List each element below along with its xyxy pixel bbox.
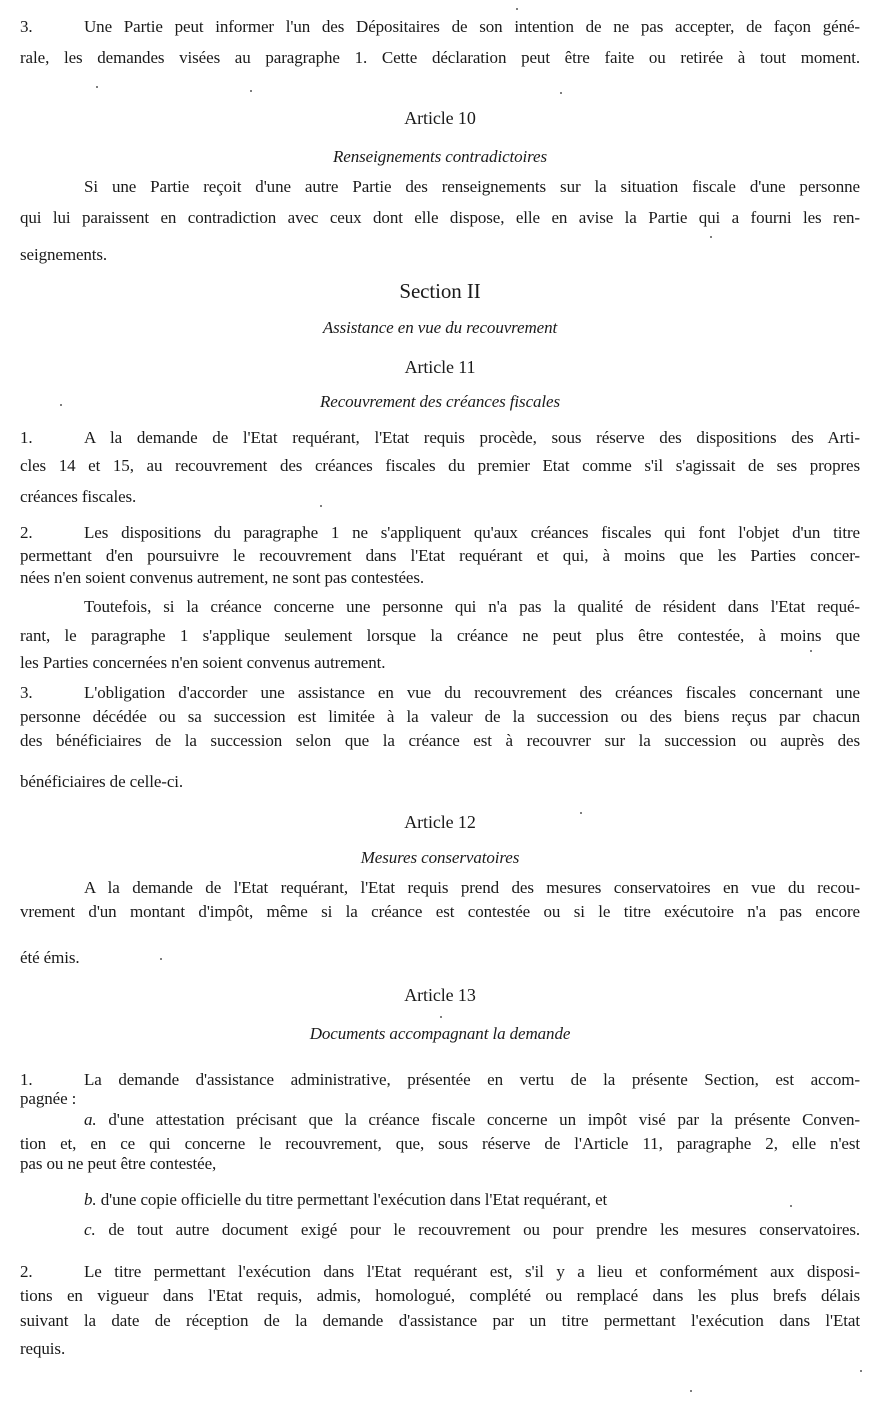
- art13-para1-line-1: 1.La demande d'assistance administrative…: [20, 1070, 860, 1090]
- paragraph-number: 3.: [20, 17, 84, 37]
- article-13-heading: Article 13: [0, 985, 880, 1005]
- art12-line-1: A la demande de l'Etat requérant, l'Etat…: [84, 878, 860, 898]
- article-12-title: Mesures conservatoires: [0, 848, 880, 868]
- section-2-title: Assistance en vue du recouvrement: [0, 318, 880, 338]
- art11-para2-line-1: 2.Les dispositions du paragraphe 1 ne s'…: [20, 523, 860, 543]
- art10-line-2: qui lui paraissent en contradiction avec…: [20, 208, 860, 228]
- art11-para2-line-3: nées n'en soient convenus autrement, ne …: [20, 568, 424, 588]
- art13-para2-line-2: tions en vigueur dans l'Etat requis, adm…: [20, 1286, 860, 1306]
- art13-item-c: c. de tout autre document exigé pour le …: [84, 1220, 860, 1240]
- art11-para2b-line-3: les Parties concernées n'en soient conve…: [20, 653, 385, 673]
- article-13-title: Documents accompagnant la demande: [0, 1024, 880, 1044]
- art11-para3-line-3: des bénéficiaires de la succession selon…: [20, 731, 860, 751]
- article-10-heading: Article 10: [0, 108, 880, 128]
- section-2-heading: Section II: [0, 281, 880, 301]
- art12-line-3: été émis.: [20, 948, 80, 968]
- art11-para3-line-2: personne décédée ou sa succession est li…: [20, 707, 860, 727]
- art9-para3-line-2: rale, les demandes visées au paragraphe …: [20, 48, 860, 68]
- art13-para2-line-4: requis.: [20, 1339, 65, 1359]
- article-12-heading: Article 12: [0, 812, 880, 832]
- paragraph-number: 1.: [20, 1070, 84, 1090]
- art11-para1-line-2: cles 14 et 15, au recouvrement des créan…: [20, 456, 860, 476]
- article-11-title: Recouvrement des créances fiscales: [0, 392, 880, 412]
- art13-item-b: b. d'une copie officielle du titre perme…: [84, 1190, 607, 1210]
- art11-para1-line-3: créances fiscales.: [20, 487, 136, 507]
- art11-para1-line-1: 1.A la demande de l'Etat requérant, l'Et…: [20, 428, 860, 448]
- art13-para2-line-3: suivant la date de réception de la deman…: [20, 1311, 860, 1331]
- art10-line-1: Si une Partie reçoit d'une autre Partie …: [84, 177, 860, 197]
- paragraph-number: 3.: [20, 683, 84, 703]
- paragraph-number: 2.: [20, 523, 84, 543]
- art10-line-3: seignements.: [20, 245, 107, 265]
- article-11-heading: Article 11: [0, 357, 880, 377]
- art11-para3-line-1: 3.L'obligation d'accorder une assistance…: [20, 683, 860, 703]
- art13-item-a-line-1: a. d'une attestation précisant que la cr…: [84, 1110, 860, 1130]
- art11-para3-line-4: bénéficiaires de celle-ci.: [20, 772, 183, 792]
- item-label: b.: [84, 1190, 97, 1209]
- art13-para1-line-2: pagnée :: [20, 1089, 76, 1109]
- art13-item-a-line-2: tion et, en ce qui concerne le recouvrem…: [20, 1134, 860, 1154]
- article-10-title: Renseignements contradictoires: [0, 147, 880, 167]
- art11-para2b-line-2: rant, le paragraphe 1 s'applique seuleme…: [20, 626, 860, 646]
- item-label: a.: [84, 1110, 97, 1129]
- item-label: c.: [84, 1220, 96, 1239]
- paragraph-number: 2.: [20, 1262, 84, 1282]
- art9-para3-line-1: 3.Une Partie peut informer l'un des Dépo…: [20, 17, 860, 37]
- art13-para2-line-1: 2.Le titre permettant l'exécution dans l…: [20, 1262, 860, 1282]
- art13-item-a-line-3: pas ou ne peut être contestée,: [20, 1154, 216, 1174]
- art12-line-2: vrement d'un montant d'impôt, même si la…: [20, 902, 860, 922]
- paragraph-number: 1.: [20, 428, 84, 448]
- art11-para2b-line-1: Toutefois, si la créance concerne une pe…: [84, 597, 860, 617]
- art11-para2-line-2: permettant d'en poursuivre le recouvreme…: [20, 546, 860, 566]
